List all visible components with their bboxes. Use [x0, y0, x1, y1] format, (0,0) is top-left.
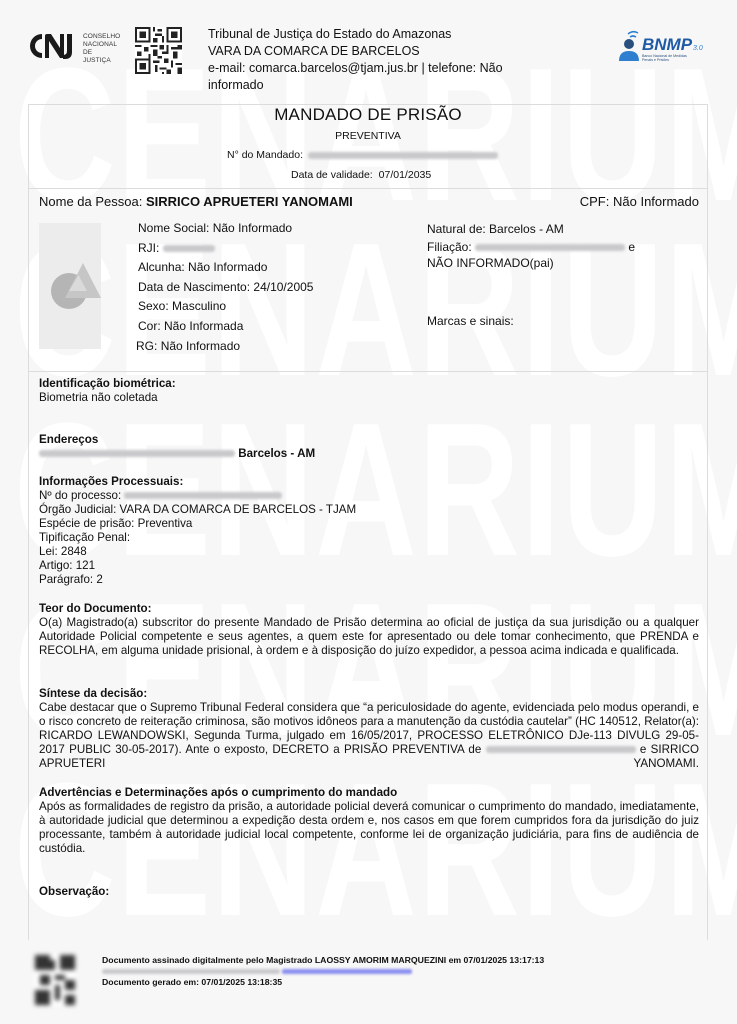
paragrafo: Parágrafo: 2	[39, 573, 699, 587]
person-details-left: Nome Social: Não Informado RJI: Alcunha:…	[138, 219, 313, 356]
field-marcas: Marcas e sinais:	[427, 313, 697, 329]
generated-at: Documento gerado em: 07/01/2025 13:18:35	[102, 977, 544, 988]
rji-redacted	[163, 245, 215, 252]
warrant-frame: MANDADO DE PRISÃO PREVENTIVA N° do Manda…	[28, 104, 708, 940]
title-block: MANDADO DE PRISÃO PREVENTIVA N° do Manda…	[29, 105, 707, 189]
cpf-row: CPF: Não Informado	[580, 194, 699, 209]
section-teor: Teor do Documento: O(a) Magistrado(a) su…	[39, 602, 699, 658]
warrant-type: PREVENTIVA	[29, 130, 707, 142]
document-header: CONSELHO NACIONAL DE JUSTIÇA	[0, 0, 737, 100]
sintese-text: Cabe destacar que o Supremo Tribunal Fed…	[39, 701, 699, 771]
especie-prisao: Espécie de prisão: Preventiva	[39, 517, 699, 531]
person-name-label: Nome da Pessoa:	[39, 194, 142, 209]
processo-redacted	[124, 492, 282, 499]
signature-footer: Documento assinado digitalmente pelo Mag…	[0, 940, 737, 1024]
processuais-heading: Informações Processuais:	[39, 475, 699, 489]
svg-text:3.0: 3.0	[693, 45, 703, 52]
cnj-logo: CONSELHO NACIONAL DE JUSTIÇA	[28, 30, 118, 62]
verify-text-redacted	[102, 969, 280, 974]
court-name: Tribunal de Justiça do Estado do Amazona…	[208, 26, 528, 43]
section-enderecos: Endereços Barcelos - AM	[39, 433, 699, 461]
page-title: MANDADO DE PRISÃO	[29, 105, 707, 125]
advertencias-heading: Advertências e Determinações após o cump…	[39, 786, 699, 800]
section-observacao: Observação:	[39, 885, 699, 899]
person-name-row: Nome da Pessoa: SIRRICO APRUETERI YANOMA…	[39, 194, 353, 209]
field-sexo: Sexo: Masculino	[138, 297, 313, 317]
field-alcunha: Alcunha: Não Informado	[138, 258, 313, 278]
validade-label: Data de validade:	[291, 169, 373, 181]
bnmp-logo-icon: BNMP 3.0 Banco Nacional de Medidas Penai…	[618, 28, 708, 66]
processo-row: Nº do processo:	[39, 489, 699, 503]
validade-row: Data de validade: 07/01/2035	[291, 169, 431, 181]
field-natural: Natural de: Barcelos - AM	[427, 221, 697, 237]
biometria-heading: Identificação biométrica:	[39, 377, 699, 391]
mandado-number-redacted	[308, 152, 498, 159]
cnj-logo-text: CONSELHO NACIONAL DE JUSTIÇA	[83, 33, 120, 65]
lei: Lei: 2848	[39, 545, 699, 559]
mandado-number-row: N° do Mandado:	[227, 149, 498, 161]
field-nome-social: Nome Social: Não Informado	[138, 219, 313, 239]
address-redacted	[39, 450, 235, 457]
advertencias-text: Após as formalidades de registro da pris…	[39, 800, 699, 856]
qr-code-icon[interactable]	[135, 27, 182, 74]
orgao-judicial: Órgão Judicial: VARA DA COMARCA DE BARCE…	[39, 503, 699, 517]
cnj-logo-icon	[28, 32, 80, 60]
biometria-text: Biometria não coletada	[39, 391, 699, 405]
person-details-right: Natural de: Barcelos - AM Filiação: e NÃ…	[427, 219, 697, 329]
court-vara: VARA DA COMARCA DE BARCELOS	[208, 43, 528, 60]
person-photo	[39, 223, 101, 349]
teor-heading: Teor do Documento:	[39, 602, 699, 616]
teor-text: O(a) Magistrado(a) subscritor do present…	[39, 616, 699, 658]
address-row: Barcelos - AM	[39, 447, 699, 461]
enderecos-heading: Endereços	[39, 433, 699, 447]
signature-text: Documento assinado digitalmente pelo Mag…	[102, 955, 544, 988]
artigo: Artigo: 121	[39, 559, 699, 573]
section-advertencias: Advertências e Determinações após o cump…	[39, 786, 699, 856]
person-header: Nome da Pessoa: SIRRICO APRUETERI YANOMA…	[39, 194, 699, 209]
filiacao-mae-redacted	[475, 244, 625, 251]
qr-code-icon[interactable]	[35, 955, 75, 1005]
validade-value: 07/01/2035	[379, 169, 432, 181]
court-contact: e-mail: comarca.barcelos@tjam.jus.br | t…	[208, 60, 528, 94]
section-processuais: Informações Processuais: Nº do processo:…	[39, 475, 699, 587]
observacao-heading: Observação:	[39, 885, 699, 899]
mandado-label: N° do Mandado:	[227, 149, 303, 161]
field-rji: RJI:	[138, 239, 313, 259]
field-rg: RG: Não Informado	[136, 337, 313, 357]
section-biometria: Identificação biométrica: Biometria não …	[39, 377, 699, 405]
sintese-name-redacted	[486, 746, 636, 753]
tipificacao-penal: Tipificação Penal:	[39, 531, 699, 545]
divider	[29, 371, 707, 372]
svg-text:Penais e Prisões: Penais e Prisões	[642, 58, 669, 62]
photo-placeholder-icon	[39, 223, 101, 349]
signed-by: Documento assinado digitalmente pelo Mag…	[102, 955, 544, 966]
section-sintese: Síntese da decisão: Cabe destacar que o …	[39, 687, 699, 771]
court-info: Tribunal de Justiça do Estado do Amazona…	[208, 26, 528, 94]
field-filiacao: Filiação: e NÃO INFORMADO(pai)	[427, 239, 697, 271]
sintese-heading: Síntese da decisão:	[39, 687, 699, 701]
person-name: SIRRICO APRUETERI YANOMAMI	[146, 194, 353, 209]
svg-text:BNMP: BNMP	[642, 35, 693, 54]
cpf-value: Não Informado	[613, 194, 699, 209]
cpf-label: CPF:	[580, 194, 610, 209]
field-cor: Cor: Não Informada	[138, 317, 313, 337]
address-city: Barcelos - AM	[238, 447, 315, 460]
verify-link[interactable]	[282, 969, 412, 974]
field-nascimento: Data de Nascimento: 24/10/2005	[138, 278, 313, 298]
verify-row	[102, 966, 544, 977]
